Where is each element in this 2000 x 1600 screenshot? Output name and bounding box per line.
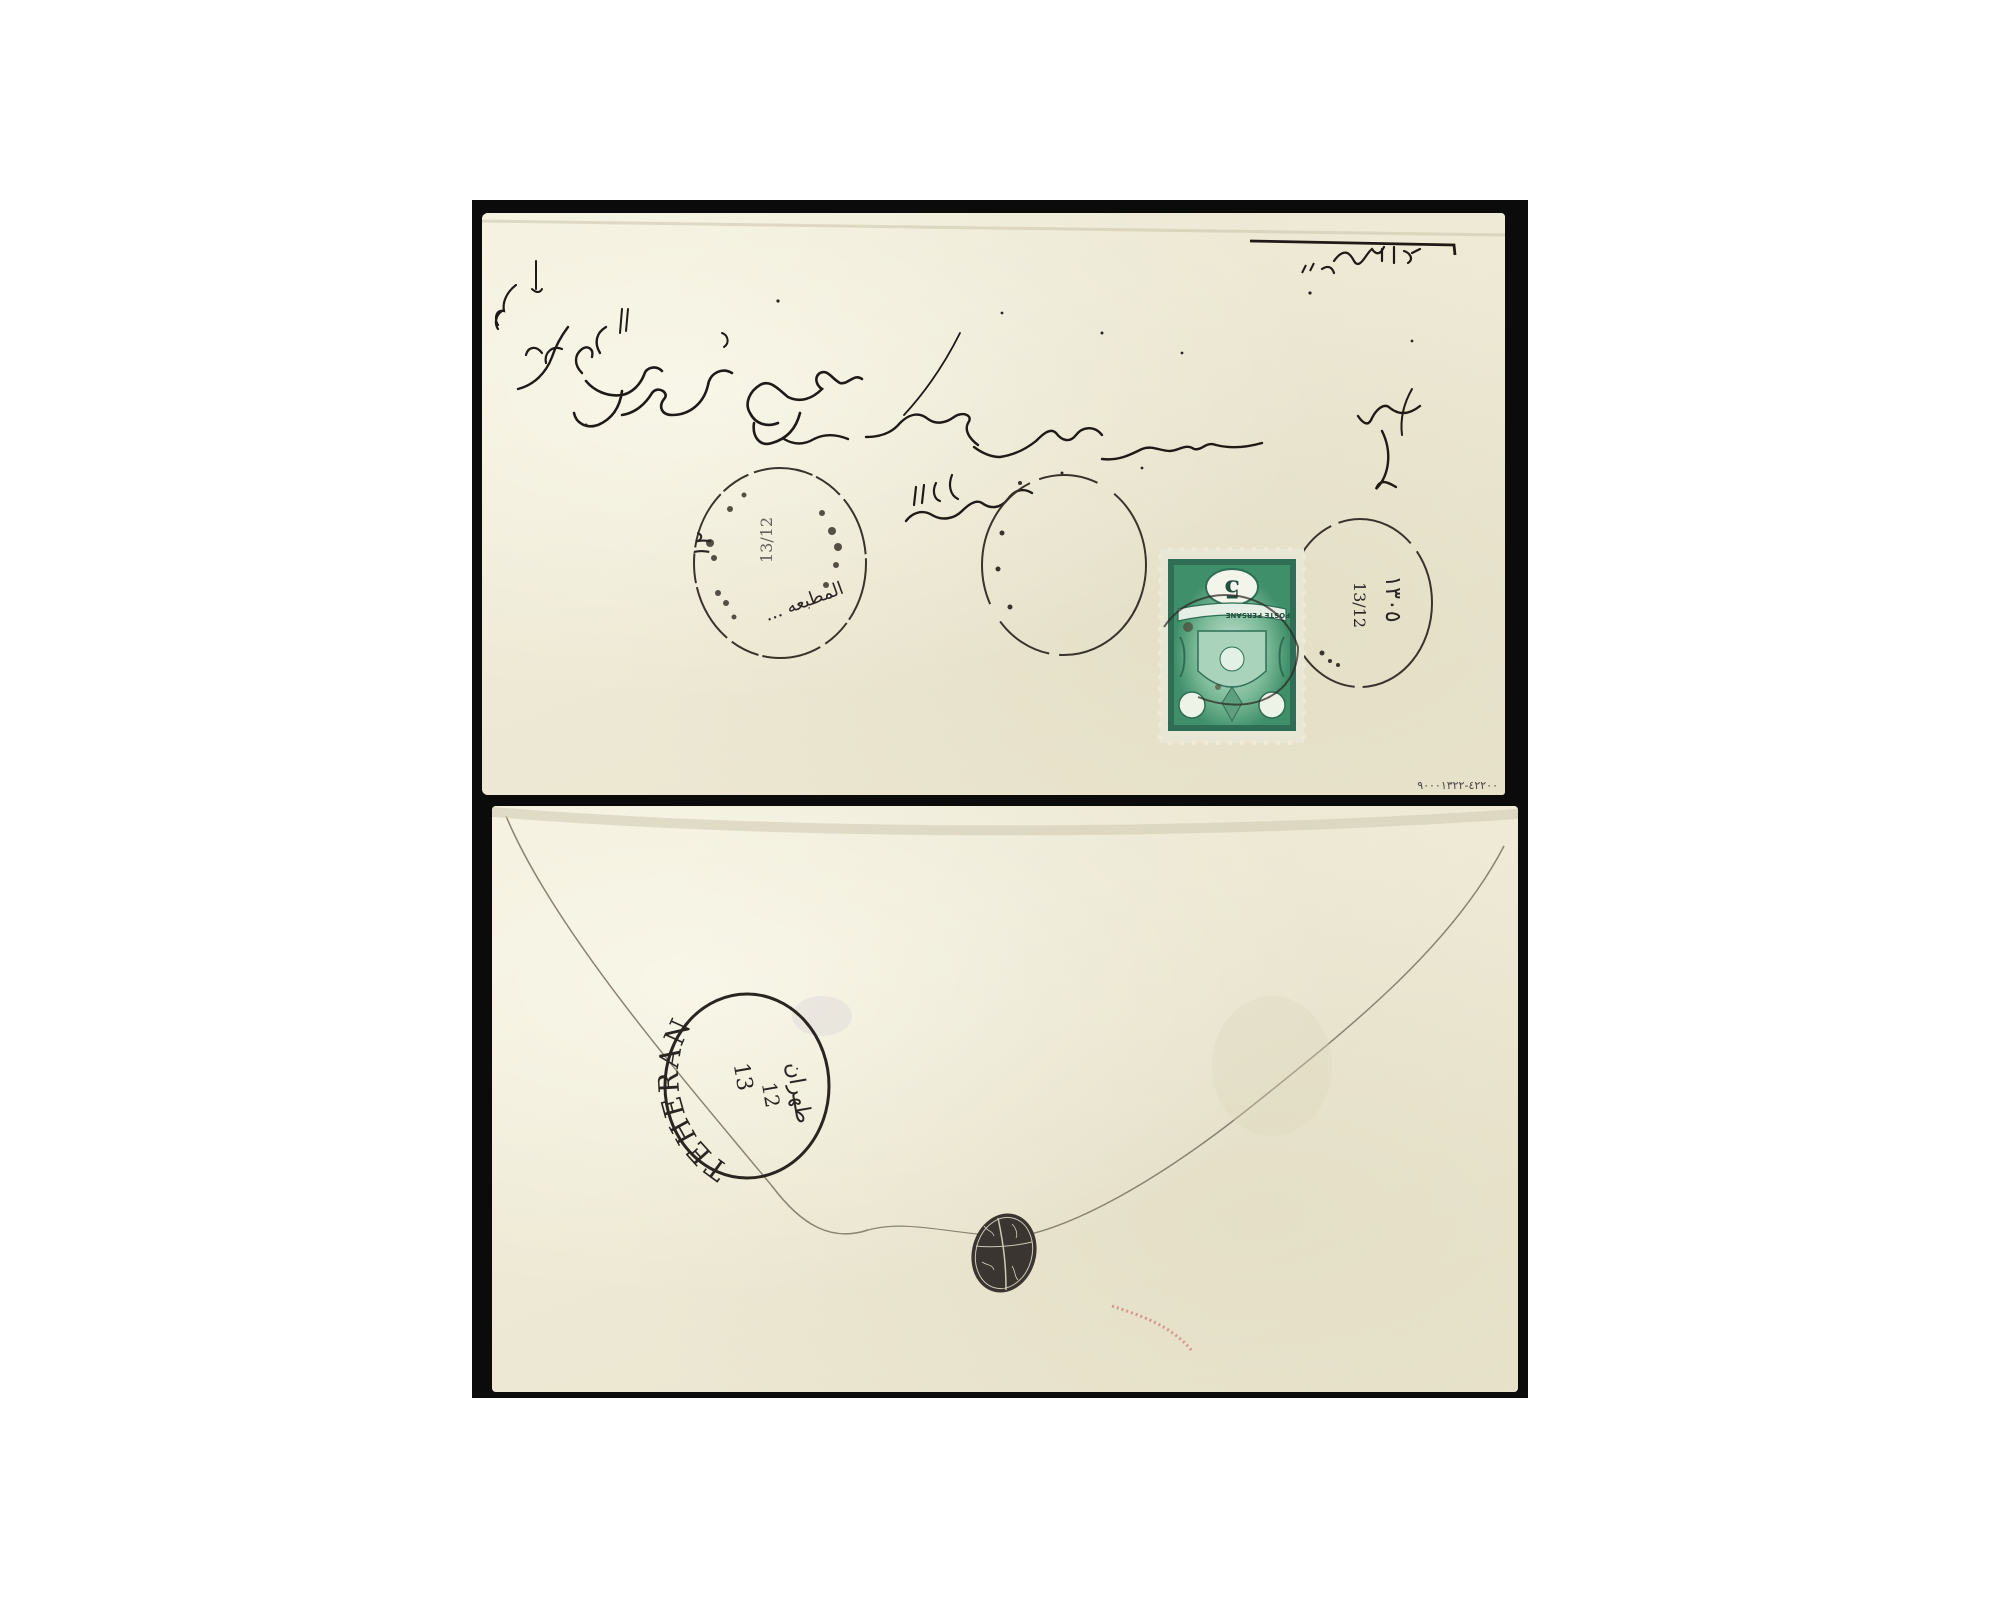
envelope-back: TEHERAN 13 12 طهران: [492, 806, 1518, 1392]
svg-text:13/12: 13/12: [1350, 582, 1369, 628]
wax-seal: [492, 806, 1518, 1392]
postmark-right: ١٣٠٥ 13/12: [482, 213, 1505, 795]
postage-stamp: 5 POSTE PERSANE: [1158, 547, 1306, 745]
envelope-front: ٤٢٢٠٠-٩٠٠٠١٣٢٢ ١٢ 13/12 ... المطبعه ١٣٠٥…: [482, 213, 1505, 795]
svg-text:١٣٠٥: ١٣٠٥: [1380, 575, 1405, 622]
svg-text:5: 5: [1224, 575, 1241, 604]
